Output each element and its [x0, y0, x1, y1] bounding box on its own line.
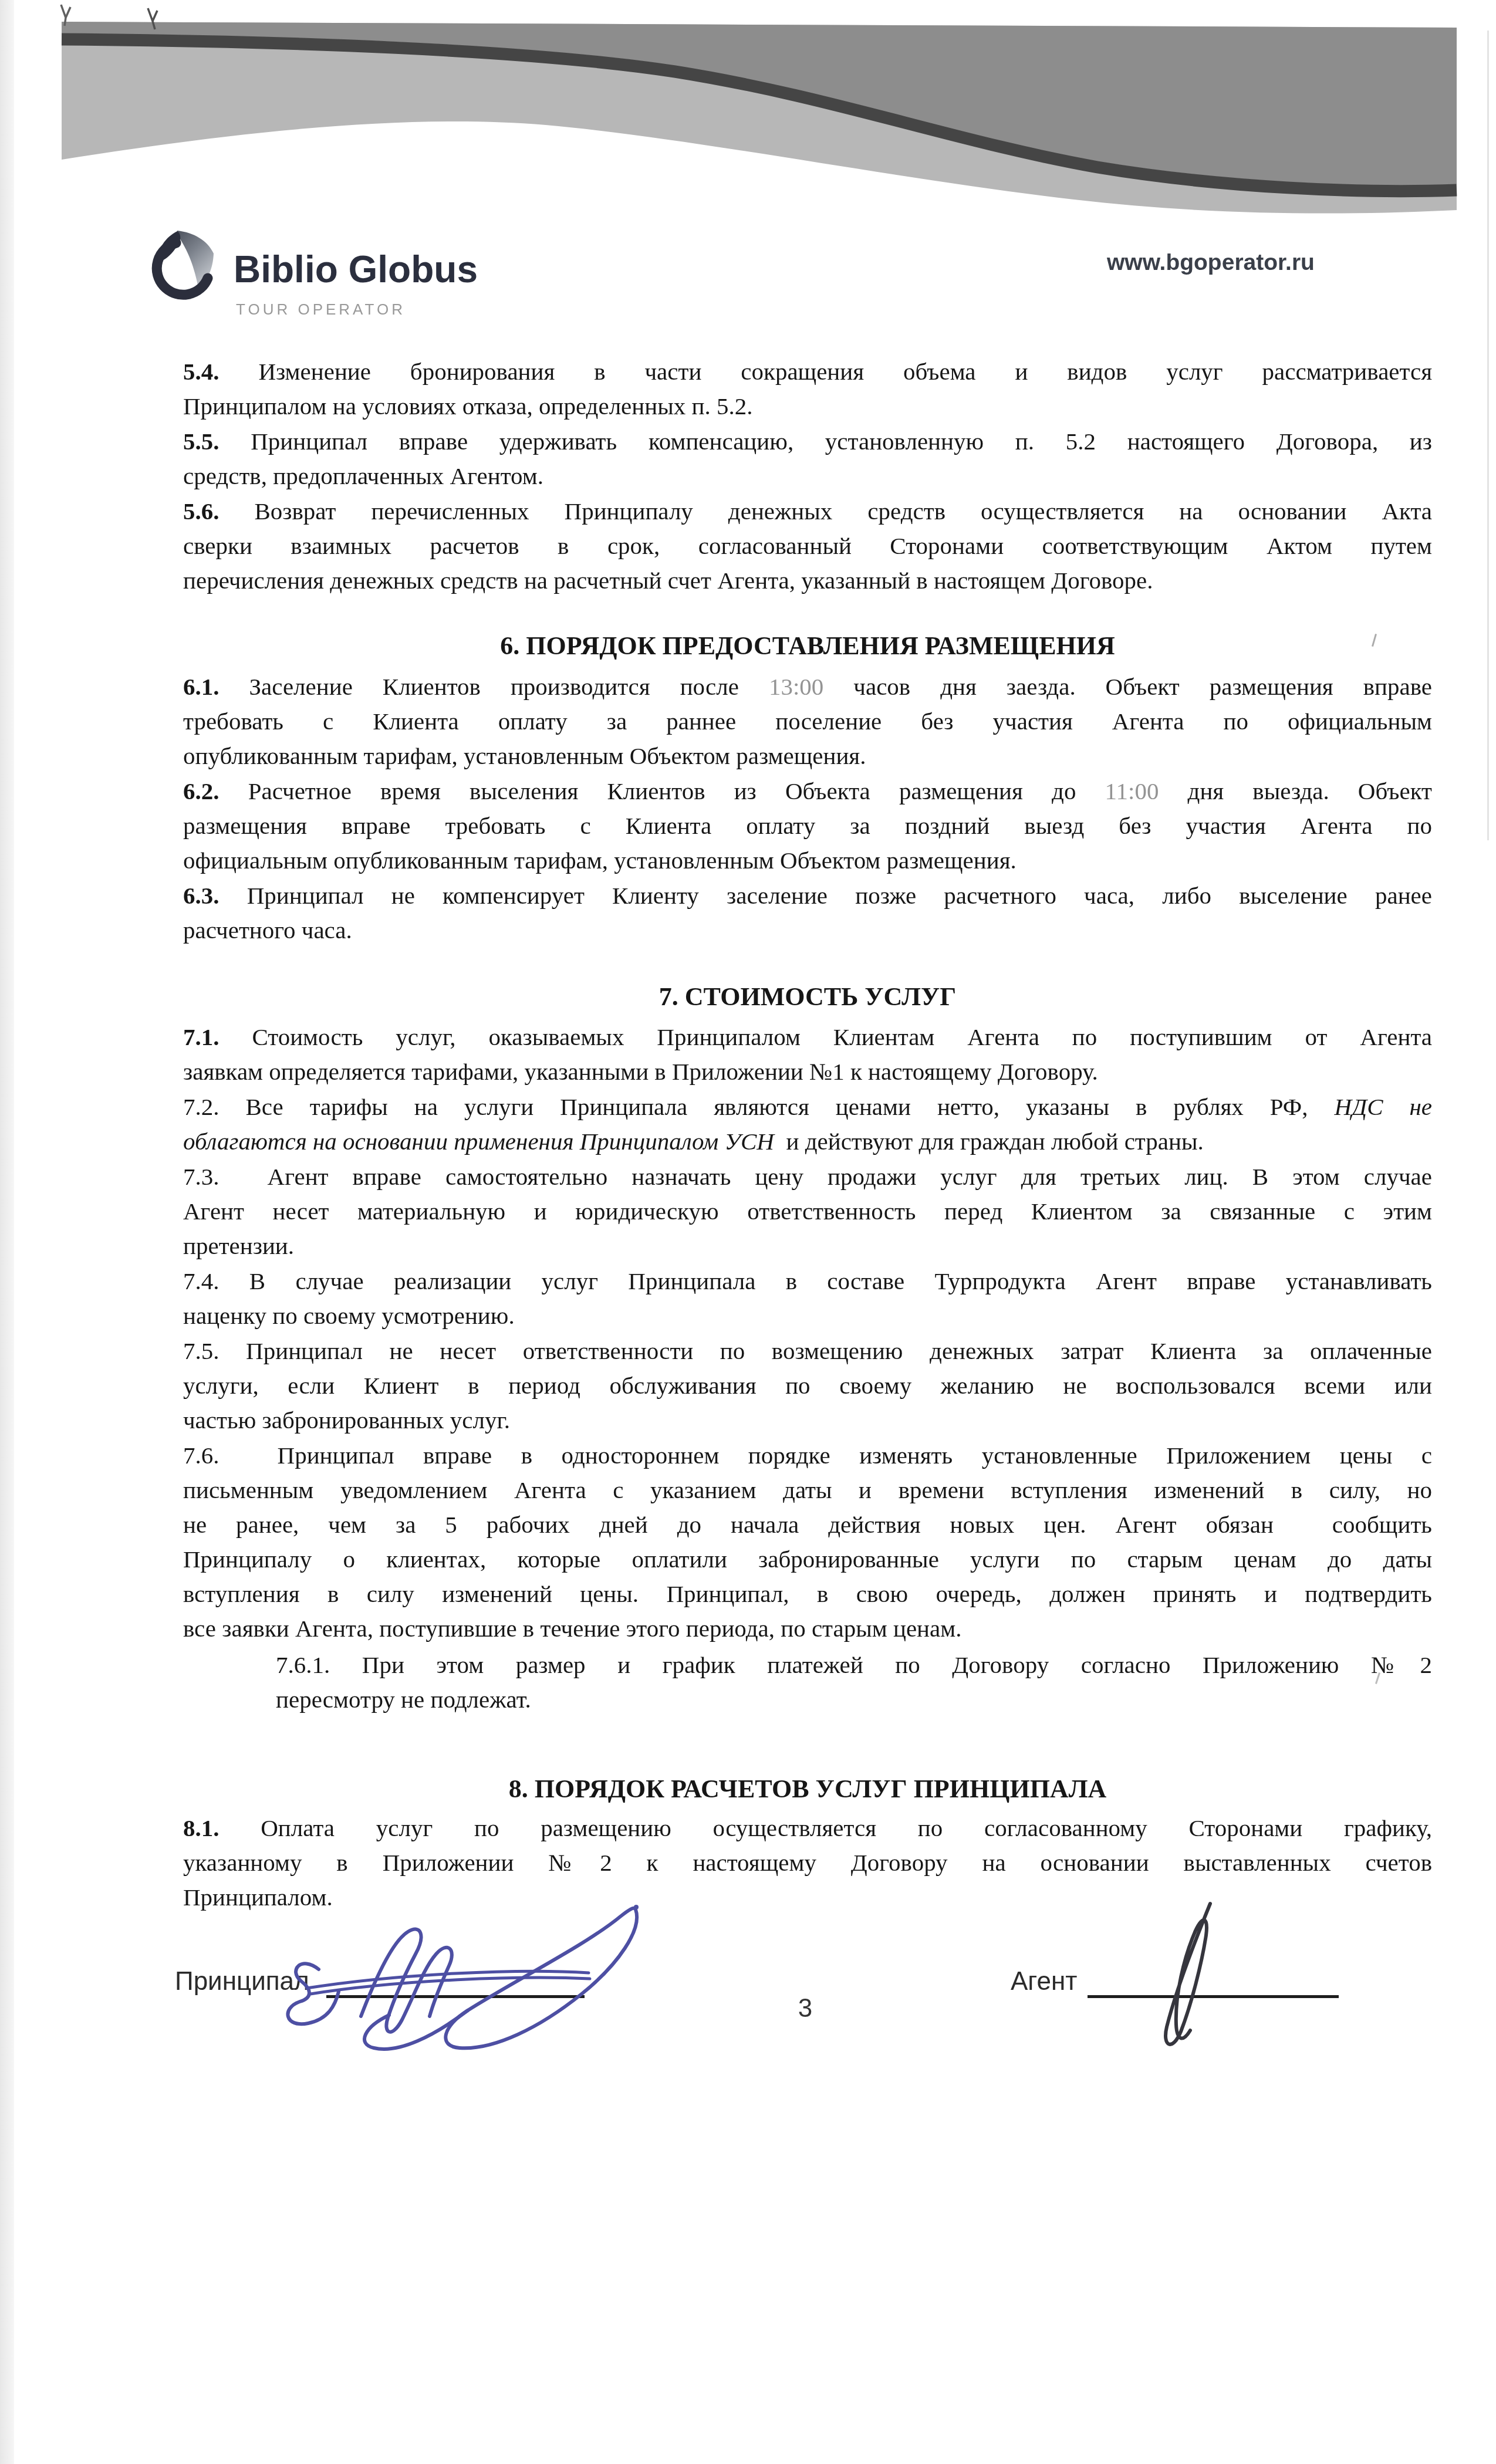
text-line: Агент несет материальную и юридическую о…	[183, 1196, 1432, 1226]
text-line: вступления в силу изменений цены. Принци…	[183, 1579, 1432, 1608]
section-heading: 8. ПОРЯДОК РАСЧЕТОВ УСЛУГ ПРИНЦИПАЛА	[183, 1775, 1432, 1804]
brand-tagline: TOUR OPERATOR	[236, 300, 406, 319]
text-line: услуги, если Клиент в период обслуживани…	[183, 1371, 1432, 1400]
text-line: размещения вправе требовать с Клиента оп…	[183, 811, 1432, 840]
principal-signature	[267, 1899, 646, 2054]
text-line: частью забронированных услуг.	[183, 1405, 1432, 1435]
text-line: 7.5. Принципал не несет ответственности …	[183, 1336, 1432, 1365]
text-line: средств, предоплаченных Агентом.	[183, 461, 1432, 491]
website-url: www.bgoperator.ru	[1107, 250, 1315, 276]
text-line: 5.5. Принципал вправе удерживать компенс…	[183, 427, 1432, 456]
text-line: требовать с Клиента оплату за раннее пос…	[183, 707, 1432, 736]
text-line: облагаются на основании применения Принц…	[183, 1127, 1432, 1156]
text-line: официальным опубликованным тарифам, уста…	[183, 846, 1432, 875]
text-line: 6.3. Принципал не компенсирует Клиенту з…	[183, 881, 1432, 910]
text-line: наценку по своему усмотрению.	[183, 1301, 1432, 1330]
text-line: 5.6. Возврат перечисленных Принципалу де…	[183, 496, 1432, 526]
text-line: перечисления денежных средств на расчетн…	[183, 566, 1432, 595]
text-line: письменным уведомлением Агента с указани…	[183, 1475, 1432, 1505]
biblio-globus-logo-icon	[147, 230, 219, 304]
text-line: Принципалу о клиентах, которые оплатили …	[183, 1544, 1432, 1574]
text-line: Принципалом на условиях отказа, определе…	[183, 391, 1432, 421]
section-heading: 6. ПОРЯДОК ПРЕДОСТАВЛЕНИЯ РАЗМЕЩЕНИЯ	[183, 631, 1432, 661]
scan-tick-mark	[58, 2, 83, 31]
section-heading: 7. СТОИМОСТЬ УСЛУГ	[183, 982, 1432, 1012]
text-line: расчетного часа.	[183, 915, 1432, 945]
text-line: пересмотру не подлежат.	[276, 1685, 1432, 1714]
text-line: опубликованным тарифам, установленным Об…	[183, 741, 1432, 770]
scanner-edge-strip	[0, 0, 14, 2464]
text-line: 7.6.1. При этом размер и график платежей…	[276, 1650, 1432, 1679]
page-number: 3	[786, 1994, 824, 2023]
text-line: 8.1. Оплата услуг по размещению осуществ…	[183, 1813, 1432, 1843]
text-line: все заявки Агента, поступившие в течение…	[183, 1614, 1432, 1643]
text-line: заявкам определяется тарифами, указанным…	[183, 1057, 1432, 1086]
text-line: 7.2. Все тарифы на услуги Принципала явл…	[183, 1092, 1432, 1121]
text-line: 6.2. Расчетное время выселения Клиентов …	[183, 776, 1432, 806]
scanned-contract-page: Biblio Globus TOUR OPERATOR www.bgoperat…	[0, 0, 1496, 2464]
text-line: 6.1. Заселение Клиентов производится пос…	[183, 672, 1432, 701]
text-line: претензии.	[183, 1231, 1432, 1260]
brand-name: Biblio Globus	[234, 250, 478, 289]
text-line: сверки взаимных расчетов в срок, согласо…	[183, 531, 1432, 560]
header-wave-band	[0, 0, 1496, 235]
scan-tick-mark	[146, 5, 169, 33]
text-line: не ранее, чем за 5 рабочих дней до начал…	[183, 1510, 1432, 1539]
text-line: 7.4. В случае реализации услуг Принципал…	[183, 1266, 1432, 1296]
text-line: указанному в Приложении №2 к настоящему …	[183, 1848, 1432, 1877]
text-line: 7.6. Принципал вправе в одностороннем по…	[183, 1441, 1432, 1470]
text-line: 7.1. Стоимость услуг, оказываемых Принци…	[183, 1022, 1432, 1052]
text-line: 7.3. Агент вправе самостоятельно назнача…	[183, 1162, 1432, 1191]
agent-label: Агент	[1011, 1967, 1077, 1996]
text-line: 5.4. Изменение бронирования в части сокр…	[183, 357, 1432, 386]
agent-signature	[1139, 1897, 1250, 2058]
